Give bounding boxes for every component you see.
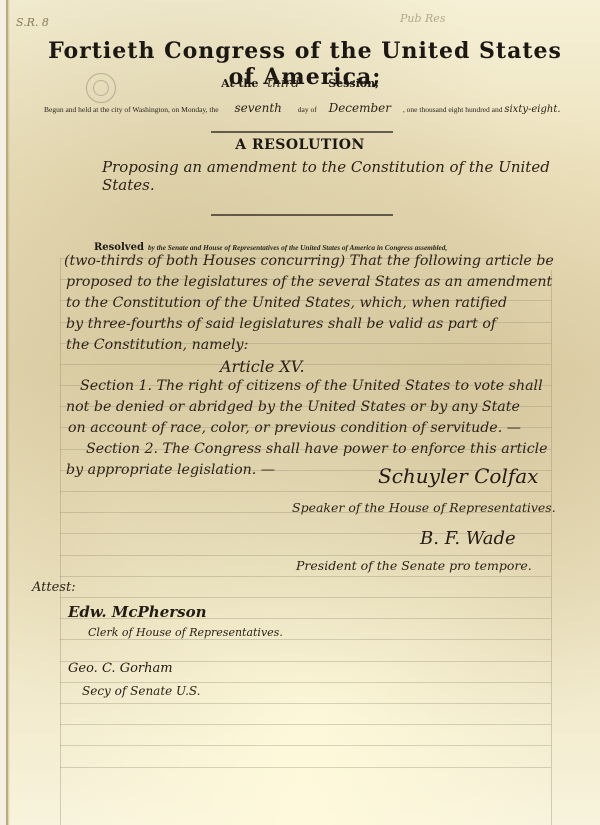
divider-bottom [211, 214, 393, 216]
ruled-line [60, 682, 551, 683]
section-line-3: on account of race, color, or previous c… [68, 420, 521, 436]
resolution-heading: A RESOLUTION [0, 137, 600, 153]
session-prefix: At the [221, 77, 258, 90]
body-line-5: the Constitution, namely: [66, 337, 248, 353]
clerk-title: Clerk of House of Representatives. [88, 626, 283, 639]
body-line-2: proposed to the legislatures of the seve… [66, 274, 552, 290]
day-value: seventh [234, 101, 281, 115]
day-of-label: day of [298, 105, 317, 114]
year-value: sixty-eight. [504, 104, 560, 115]
session-suffix: Session, [328, 77, 379, 90]
ruled-line [60, 491, 551, 492]
left-margin-line [60, 258, 61, 825]
begun-line: Begun and held at the city of Washington… [44, 101, 584, 115]
body-line-3: to the Constitution of the United States… [66, 295, 507, 311]
section-line-5: by appropriate legislation. — [66, 462, 275, 478]
right-margin-line [551, 270, 552, 825]
body-line-1: (two-thirds of both Houses concurring) T… [64, 253, 554, 269]
ruled-line [60, 597, 551, 598]
section-line-4: Section 2. The Congress shall have power… [86, 441, 548, 457]
speaker-title: Speaker of the House of Representatives. [292, 500, 556, 515]
president-signature: B. F. Wade [420, 528, 516, 549]
ruled-line [60, 724, 551, 725]
secretary-title: Secy of Senate U.S. [82, 684, 201, 698]
margin-note-top-left: S.R. 8 [16, 16, 49, 29]
session-line: At the third Session, [0, 76, 600, 91]
ruled-line [60, 703, 551, 704]
begun-prefix: Begun and held at the city of Washington… [44, 105, 219, 114]
session-ordinal: third [267, 76, 299, 91]
ruled-line [60, 555, 551, 556]
ruled-line [60, 745, 551, 746]
ruled-line [60, 364, 551, 365]
body-line-4: by three-fourths of said legislatures sh… [66, 316, 496, 332]
resolved-clause: by the Senate and House of Representativ… [148, 243, 447, 252]
resolved-word: Resolved [94, 242, 144, 253]
divider-top [211, 131, 393, 133]
clerk-signature: Edw. McPherson [68, 603, 207, 621]
resolution-subtitle: Proposing an amendment to the Constituti… [102, 158, 582, 194]
secretary-signature: Geo. C. Gorham [68, 661, 173, 676]
ruled-line [60, 767, 551, 768]
ruled-line [60, 639, 551, 640]
paper-edge [6, 0, 10, 825]
month-value: December [329, 101, 391, 115]
section-line-2: not be denied or abridged by the United … [66, 399, 520, 415]
margin-note-top-right: Pub Res [400, 12, 445, 25]
year-prefix: , one thousand eight hundred and [403, 105, 503, 114]
ruled-line [60, 576, 551, 577]
section-line-1: Section 1. The right of citizens of the … [80, 378, 543, 394]
article-heading: Article XV. [220, 357, 305, 376]
president-title: President of the Senate pro tempore. [296, 558, 532, 573]
attest-label: Attest: [32, 580, 76, 595]
speaker-signature: Schuyler Colfax [378, 464, 538, 488]
